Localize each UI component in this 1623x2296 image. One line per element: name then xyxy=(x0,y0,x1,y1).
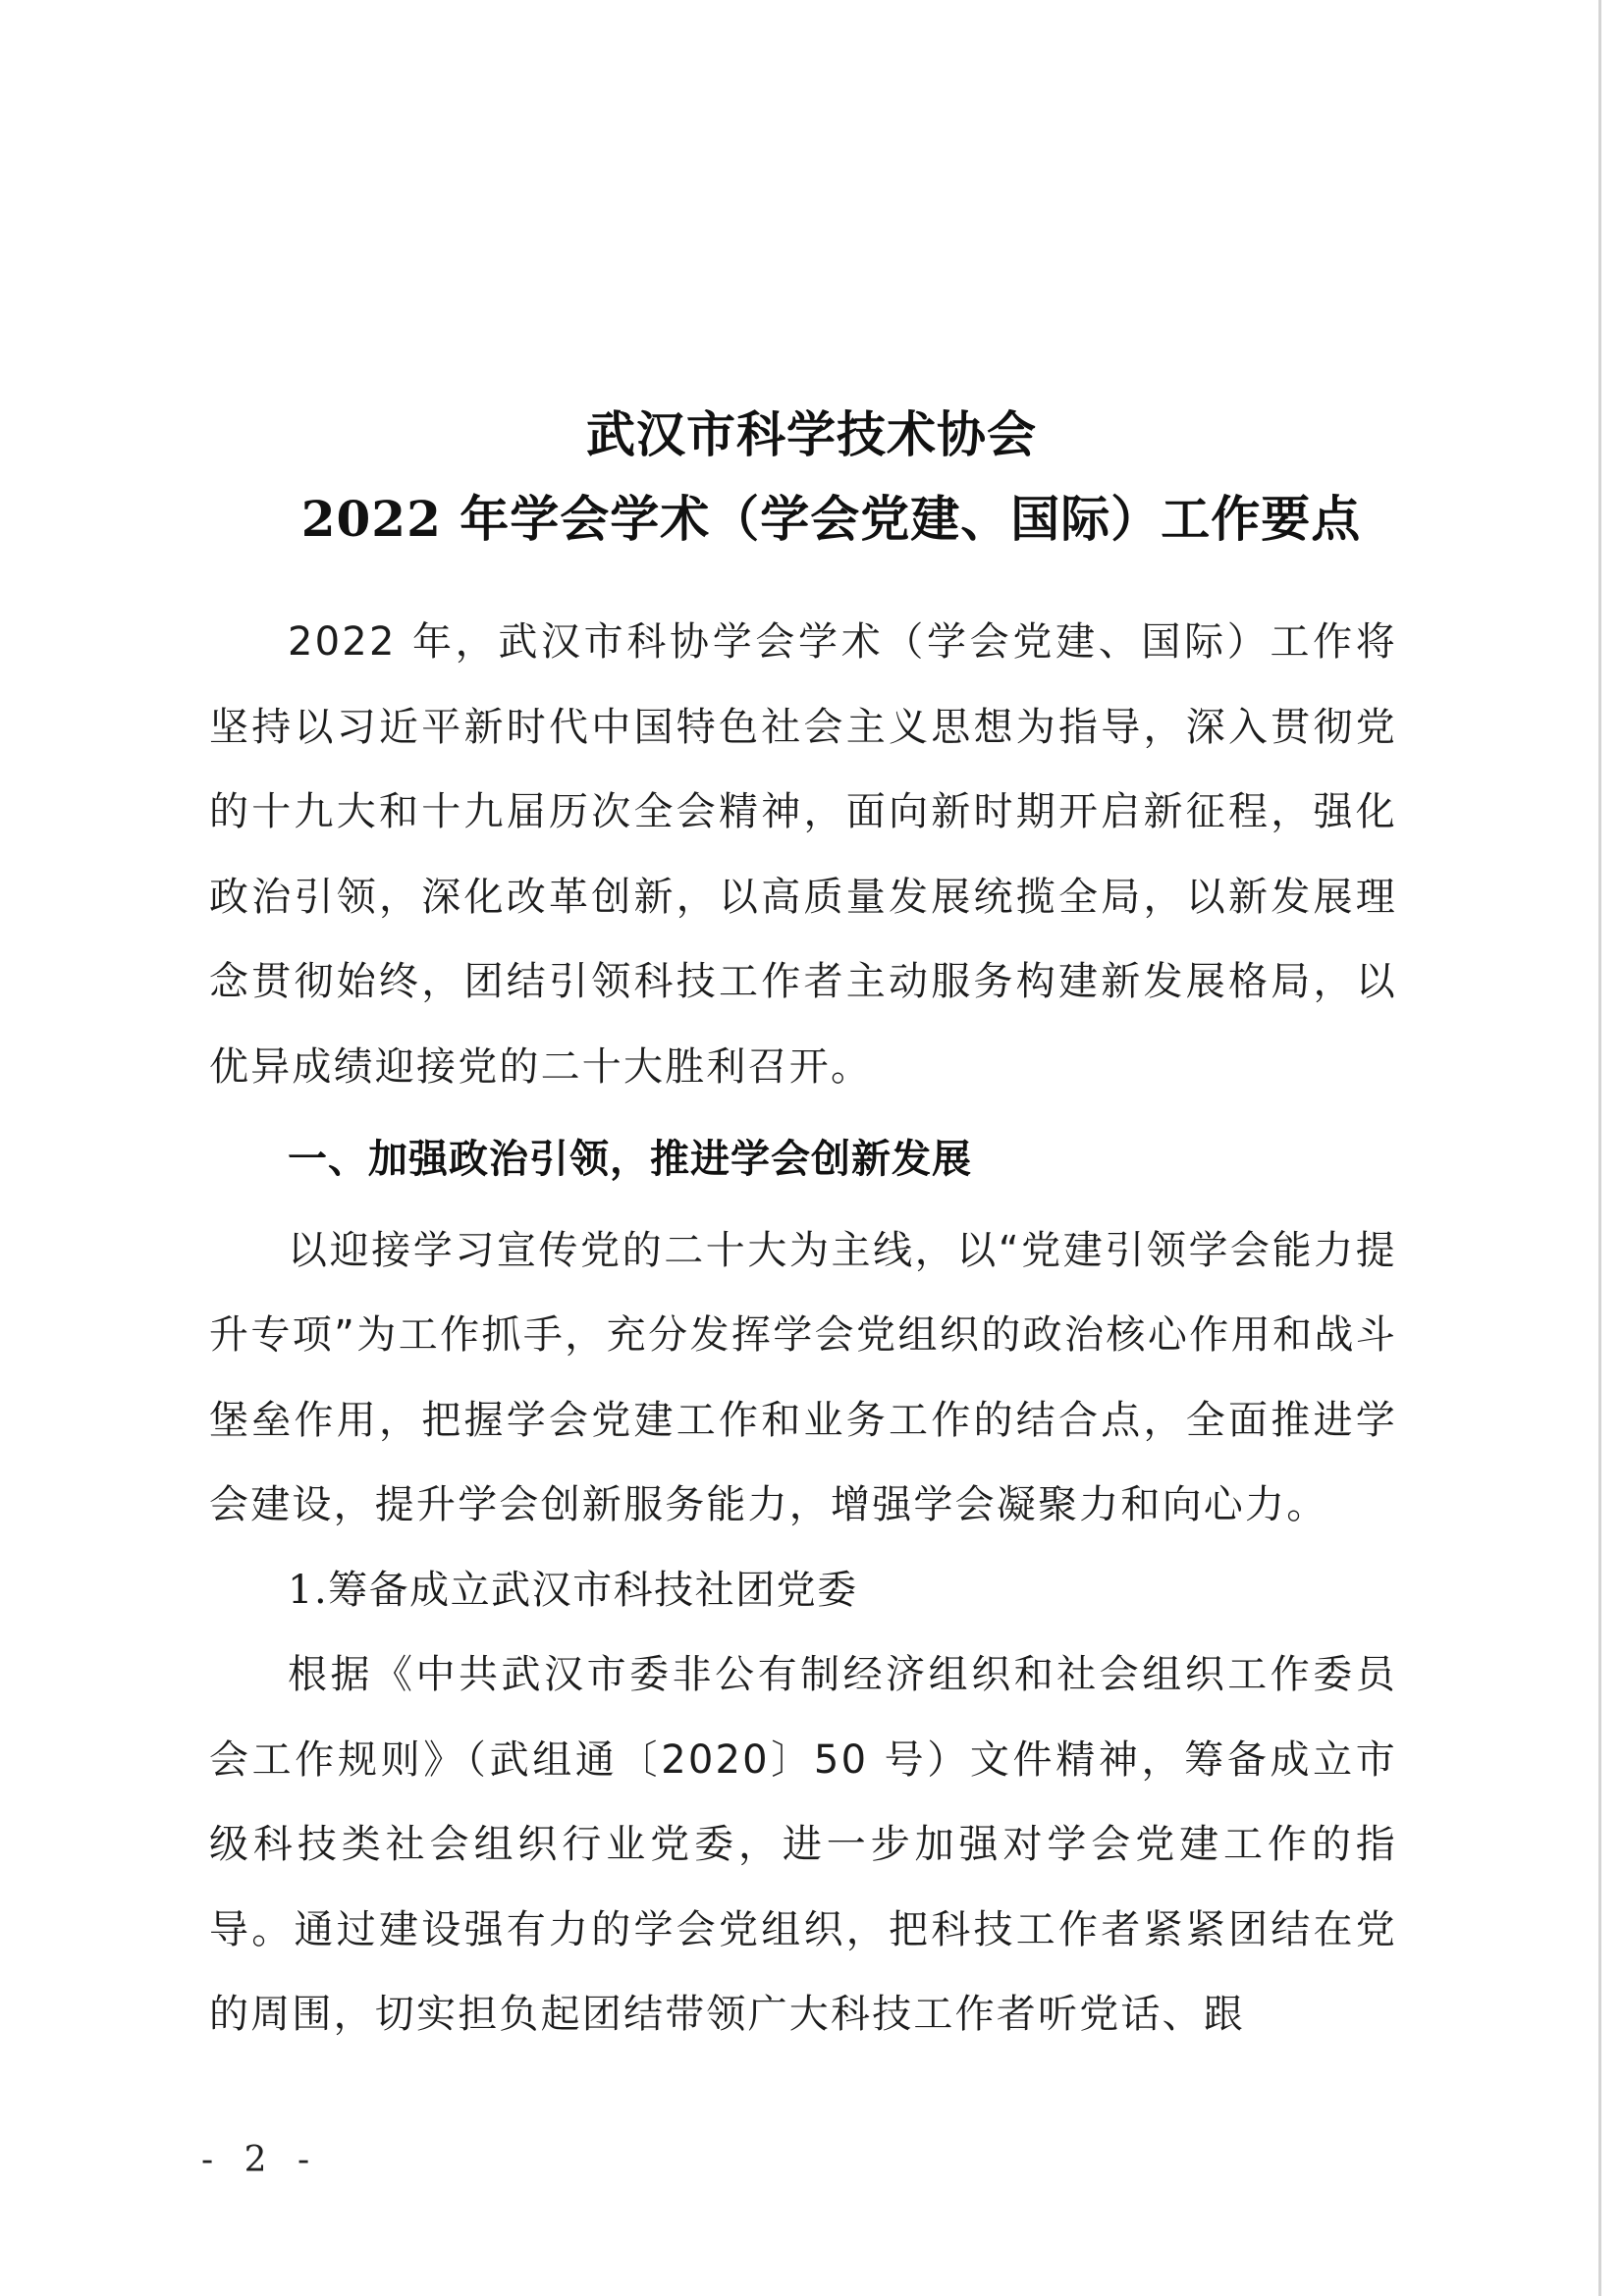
section-heading: 一、加强政治引领，推进学会创新发展 xyxy=(209,1117,1397,1202)
title-subject: 2022 年学会学术（学会党建、国际）工作要点 xyxy=(0,477,1623,561)
intro-paragraph: 2022 年，武汉市科协学会学术（学会党建、国际）工作将坚持以习近平新时代中国特… xyxy=(209,600,1397,1109)
document-page: 武汉市科学技术协会 2022 年学会学术（学会党建、国际）工作要点 2022 年… xyxy=(0,0,1623,2296)
section-paragraph: 以迎接学习宣传党的二十大为主线，以“党建引领学会能力提升专项”为工作抓手，充分发… xyxy=(209,1208,1397,1548)
document-title: 武汉市科学技术协会 2022 年学会学术（学会党建、国际）工作要点 xyxy=(0,393,1623,561)
title-organization: 武汉市科学技术协会 xyxy=(0,393,1623,477)
document-body: 2022 年，武汉市科协学会学术（学会党建、国际）工作将坚持以习近平新时代中国特… xyxy=(209,600,1397,2057)
page-number: - 2 - xyxy=(201,2140,319,2180)
subsection-paragraph: 根据《中共武汉市委非公有制经济组织和社会组织工作委员会工作规则》（武组通〔202… xyxy=(209,1632,1397,2057)
subsection-heading: 1.筹备成立武汉市科技社团党委 xyxy=(209,1548,1397,1633)
